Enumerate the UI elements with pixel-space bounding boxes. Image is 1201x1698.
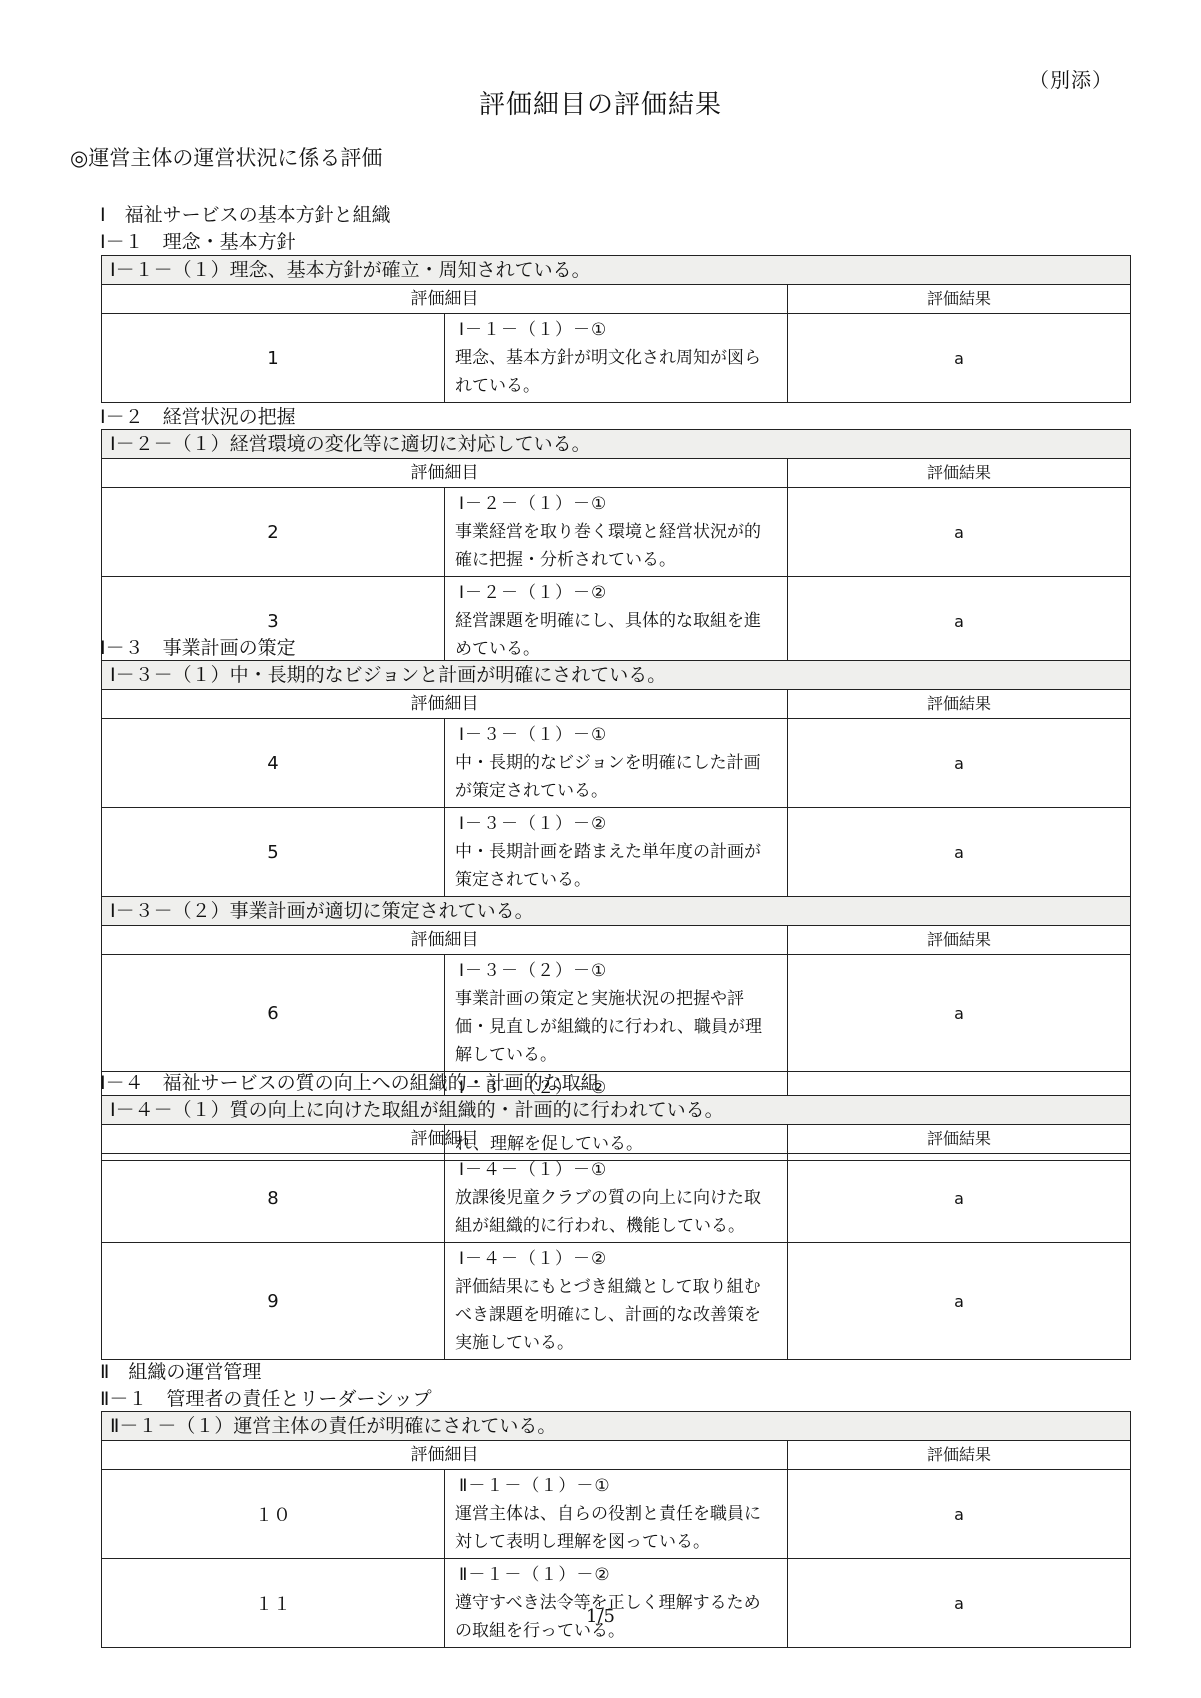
table-row: １１ Ⅱ－１－（１）－②遵守すべき法令等を正しく理解するための取組を行っている。… <box>102 1559 1131 1648</box>
item-number: 9 <box>102 1243 445 1360</box>
item-code: Ⅱ－１－（１）－① <box>455 1472 777 1500</box>
table-row: 9 Ⅰ－４－（１）－②評価結果にもとづき組織として取り組むべき課題を明確にし、計… <box>102 1243 1131 1360</box>
criterion-header: Ⅱ－１－（１）運営主体の責任が明確にされている。 <box>102 1412 1131 1441</box>
page-title: 評価細目の評価結果 <box>0 84 1201 121</box>
main-heading: ◎運営主体の運営状況に係る評価 <box>70 142 382 172</box>
column-header-result: 評価結果 <box>788 690 1131 719</box>
item-number: 4 <box>102 719 445 808</box>
table-row: 5 Ⅰ－３－（１）－②中・長期計画を踏まえた単年度の計画が策定されている。 a <box>102 808 1131 897</box>
item-code: Ⅰ－３－（２）－① <box>455 957 777 985</box>
column-header-result: 評価結果 <box>788 1125 1131 1154</box>
section-heading-1-1: Ⅰ－１ 理念・基本方針 <box>100 227 296 254</box>
column-header-result: 評価結果 <box>788 1441 1131 1470</box>
criterion-header: Ⅰ－３－（２）事業計画が適切に策定されている。 <box>102 897 1131 926</box>
column-header-result: 評価結果 <box>788 926 1131 955</box>
table-row: 4 Ⅰ－３－（１）－①中・長期的なビジョンを明確にした計画が策定されている。 a <box>102 719 1131 808</box>
evaluation-table-1-1: Ⅰ－１－（１）理念、基本方針が確立・周知されている。 評価細目 評価結果 1 Ⅰ… <box>101 255 1131 403</box>
table-row: 8 Ⅰ－４－（１）－①放課後児童クラブの質の向上に向けた取組が組織的に行われ、機… <box>102 1154 1131 1243</box>
item-number: 6 <box>102 955 445 1072</box>
column-header-item: 評価細目 <box>102 459 788 488</box>
item-result: a <box>788 719 1131 808</box>
item-result: a <box>788 1243 1131 1360</box>
item-result: a <box>788 955 1131 1072</box>
criterion-header: Ⅰ－３－（１）中・長期的なビジョンと計画が明確にされている。 <box>102 661 1131 690</box>
column-header-item: 評価細目 <box>102 926 788 955</box>
item-text: 評価結果にもとづき組織として取り組むべき課題を明確にし、計画的な改善策を実施して… <box>455 1273 777 1357</box>
evaluation-table-1-2: Ⅰ－２－（１）経営環境の変化等に適切に対応している。 評価細目 評価結果 2 Ⅰ… <box>101 429 1131 666</box>
column-header-result: 評価結果 <box>788 459 1131 488</box>
table-row: １０ Ⅱ－１－（１）－①運営主体は、自らの役割と責任を職員に対して表明し理解を図… <box>102 1470 1131 1559</box>
item-result: a <box>788 1470 1131 1559</box>
item-number: 2 <box>102 488 445 577</box>
section-heading-1-3: Ⅰ－３ 事業計画の策定 <box>100 633 296 660</box>
item-result: a <box>788 314 1131 403</box>
item-number: 8 <box>102 1154 445 1243</box>
item-number: 5 <box>102 808 445 897</box>
column-header-item: 評価細目 <box>102 690 788 719</box>
item-result: a <box>788 1559 1131 1648</box>
item-text: 中・長期計画を踏まえた単年度の計画が策定されている。 <box>455 838 777 894</box>
chapter-heading-2: Ⅱ 組織の運営管理 <box>100 1357 261 1384</box>
criterion-header: Ⅰ－４－（１）質の向上に向けた取組が組織的・計画的に行われている。 <box>102 1096 1131 1125</box>
table-row: 6 Ⅰ－３－（２）－①事業計画の策定と実施状況の把握や評価・見直しが組織的に行わ… <box>102 955 1131 1072</box>
item-code: Ⅰ－４－（１）－② <box>455 1245 777 1273</box>
item-code: Ⅰ－３－（１）－② <box>455 810 777 838</box>
column-header-item: 評価細目 <box>102 285 788 314</box>
section-heading-1-2: Ⅰ－２ 経営状況の把握 <box>100 402 296 429</box>
item-result: a <box>788 808 1131 897</box>
criterion-header: Ⅰ－１－（１）理念、基本方針が確立・周知されている。 <box>102 256 1131 285</box>
section-heading-2-1: Ⅱ－１ 管理者の責任とリーダーシップ <box>100 1384 432 1411</box>
item-number: 1 <box>102 314 445 403</box>
item-code: Ⅰ－１－（１）－① <box>455 316 777 344</box>
item-text: 運営主体は、自らの役割と責任を職員に対して表明し理解を図っている。 <box>455 1500 777 1556</box>
item-text: 理念、基本方針が明文化され周知が図られている。 <box>455 344 777 400</box>
page-number: 1/5 <box>0 1606 1201 1627</box>
item-code: Ⅰ－４－（１）－① <box>455 1156 777 1184</box>
item-text: 中・長期的なビジョンを明確にした計画が策定されている。 <box>455 749 777 805</box>
item-result: a <box>788 1154 1131 1243</box>
item-code: Ⅰ－３－（１）－① <box>455 721 777 749</box>
chapter-heading-1: Ⅰ 福祉サービスの基本方針と組織 <box>100 200 391 227</box>
item-result: a <box>788 488 1131 577</box>
table-row: 1 Ⅰ－１－（１）－①理念、基本方針が明文化され周知が図られている。 a <box>102 314 1131 403</box>
column-header-item: 評価細目 <box>102 1441 788 1470</box>
column-header-item: 評価細目 <box>102 1125 788 1154</box>
item-code: Ⅰ－２－（１）－② <box>455 579 777 607</box>
evaluation-table-1-4: Ⅰ－４－（１）質の向上に向けた取組が組織的・計画的に行われている。 評価細目 評… <box>101 1095 1131 1360</box>
table-row: 2 Ⅰ－２－（１）－①事業経営を取り巻く環境と経営状況が的確に把握・分析されてい… <box>102 488 1131 577</box>
item-text: 事業経営を取り巻く環境と経営状況が的確に把握・分析されている。 <box>455 518 777 574</box>
item-text: 経営課題を明確にし、具体的な取組を進めている。 <box>455 607 777 663</box>
criterion-header: Ⅰ－２－（１）経営環境の変化等に適切に対応している。 <box>102 430 1131 459</box>
item-number: １０ <box>102 1470 445 1559</box>
item-code: Ⅰ－２－（１）－① <box>455 490 777 518</box>
item-number: １１ <box>102 1559 445 1648</box>
item-text: 事業計画の策定と実施状況の把握や評価・見直しが組織的に行われ、職員が理解している… <box>455 985 777 1069</box>
section-heading-1-4: Ⅰ－４ 福祉サービスの質の向上への組織的・計画的な取組 <box>100 1068 600 1095</box>
column-header-result: 評価結果 <box>788 285 1131 314</box>
item-result: a <box>788 577 1131 666</box>
item-text: 放課後児童クラブの質の向上に向けた取組が組織的に行われ、機能している。 <box>455 1184 777 1240</box>
item-code: Ⅱ－１－（１）－② <box>455 1561 777 1589</box>
